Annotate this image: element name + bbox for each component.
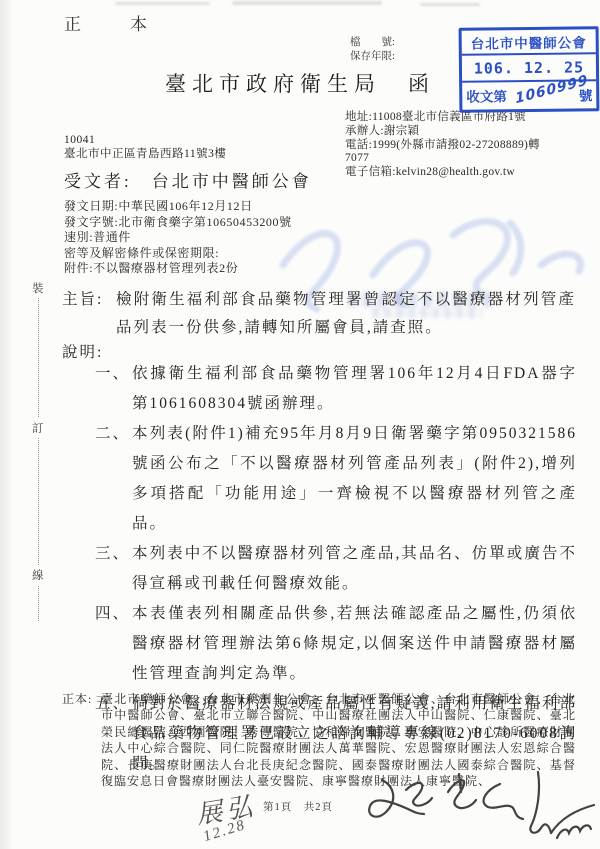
item-text: 依據衛生福利部食品藥物管理署106年12月4日FDA器字第1061608304號… bbox=[132, 359, 577, 419]
explanation-item-4: 四、 本表僅表列相關產品供參,若無法確認產品之屬性,仍須依醫療器材管理辦法第6條… bbox=[95, 599, 577, 689]
recipient-address-block: 10041 臺北市中正區青島西路11號3樓 bbox=[64, 134, 226, 161]
explanation-item-3: 三、 本列表中不以醫療器材列管之產品,其品名、仿單或廣告不得宣稱或刊載任何醫療效… bbox=[95, 539, 577, 599]
distribution-label: 正本: bbox=[62, 691, 101, 789]
subject-paragraph: 主旨: 檢附衛生福利部食品藥物管理署曾認定不以醫療器材列管產品列表一份供參,請轉… bbox=[62, 286, 576, 342]
item-text: 本表僅表列相關產品供參,若無法確認產品之屬性,仍須依醫療器材管理辦法第6條規定,… bbox=[132, 599, 577, 689]
binding-mark-xian: 線 bbox=[31, 565, 45, 585]
agency-contact-person: 承辦人:謝宗穎 bbox=[345, 125, 540, 139]
agency-contact-block: 地址:11008臺北市信義區市府路1號 承辦人:謝宗穎 電話:1999(外縣市請… bbox=[345, 111, 540, 180]
subject-text: 檢附衛生福利部食品藥物管理署曾認定不以醫療器材列管產品列表一份供參,請轉知所屬會… bbox=[116, 286, 576, 342]
recipient-zip: 10041 bbox=[64, 134, 226, 148]
copy-type-label: 正 本 bbox=[64, 10, 163, 35]
agency-email: 電子信箱:kelvin28@health.gov.tw bbox=[345, 166, 540, 180]
file-number-label: 檔 號: bbox=[350, 36, 395, 50]
item-number: 一、 bbox=[95, 359, 132, 419]
stamp-organization: 台北市中醫師公會 bbox=[462, 29, 596, 55]
item-number: 四、 bbox=[95, 599, 132, 689]
item-number: 三、 bbox=[95, 539, 132, 599]
item-text: 本列表(附件1)補充95年月8月9日衛署藥字第0950321586號函公布之「不… bbox=[132, 419, 577, 539]
recipient-street: 臺北市中正區青島西路11號3樓 bbox=[64, 148, 226, 162]
scan-smudge-artifact bbox=[420, 3, 480, 6]
item-text: 本列表中不以醫療器材列管之產品,其品名、仿單或廣告不得宣稱或刊載任何醫療效能。 bbox=[132, 539, 577, 599]
binding-mark-zhuang: 裝 bbox=[31, 278, 45, 298]
subject-label: 主旨: bbox=[62, 286, 116, 342]
retention-label: 保存年限: bbox=[350, 50, 395, 64]
signature-scribble bbox=[360, 770, 598, 848]
official-letter-page: 正 本 檔 號: 保存年限: 臺北市政府衛生局 函 台北市中醫師公會 106. … bbox=[0, 0, 600, 849]
agency-address: 地址:11008臺北市信義區市府路1號 bbox=[345, 111, 540, 125]
explanation-item-1: 一、 依據衛生福利部食品藥物管理署106年12月4日FDA器字第10616083… bbox=[95, 359, 577, 419]
binding-mark-ding: 訂 bbox=[31, 418, 45, 438]
scan-smudge-artifact bbox=[232, 1, 382, 5]
file-number-block: 檔 號: 保存年限: bbox=[350, 36, 395, 64]
recipient-line: 受文者: 台北市中醫師公會 bbox=[64, 167, 312, 192]
scan-smudge-artifact bbox=[115, 2, 210, 5]
stamp-receipt-prefix: 收文第 bbox=[466, 85, 507, 105]
agency-phone-ext: 7077 bbox=[345, 152, 540, 166]
explanation-item-2: 二、 本列表(附件1)補充95年月8月9日衛署藥字第0950321586號函公布… bbox=[95, 419, 577, 539]
receipt-stamp: 台北市中醫師公會 106. 12. 25 收文第 號 1060999 bbox=[459, 26, 600, 112]
item-number: 二、 bbox=[95, 419, 132, 539]
agency-phone: 電話:1999(外縣市請撥02-27208889)轉 bbox=[345, 139, 540, 153]
page-number: 第1頁 共2頁 bbox=[263, 799, 333, 814]
